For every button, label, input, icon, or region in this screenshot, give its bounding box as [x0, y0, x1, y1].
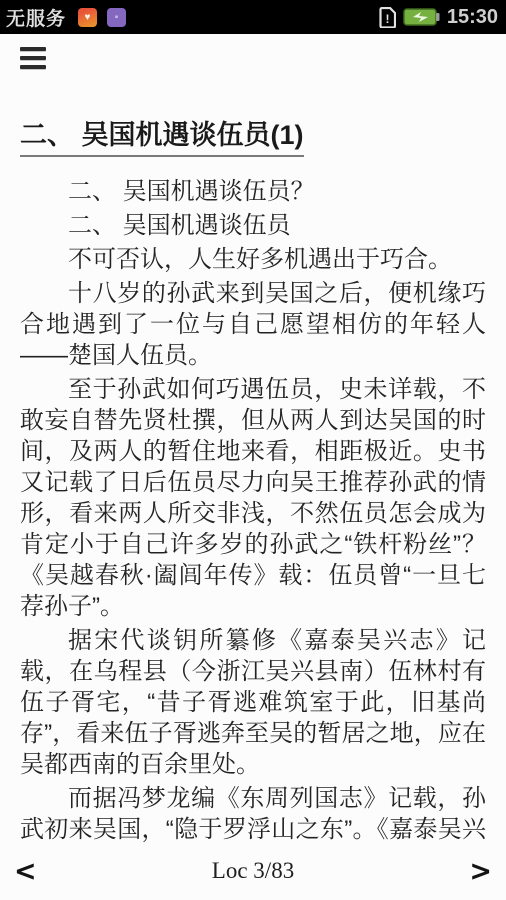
- reader-page: 二、 吴国机遇谈伍员(1) 二、 吴国机遇谈伍员？ 二、 吴国机遇谈伍员 不可否…: [0, 47, 506, 900]
- paragraph: 二、 吴国机遇谈伍员？: [20, 176, 486, 207]
- menu-button[interactable]: [20, 47, 48, 69]
- svg-text:!: !: [385, 12, 389, 26]
- paragraph: 二、 吴国机遇谈伍员: [20, 210, 486, 241]
- previous-page-button[interactable]: <: [14, 857, 37, 885]
- orange-app-notification-icon: ♥: [78, 8, 97, 27]
- notification-icons: ♥ ▪: [78, 8, 126, 27]
- reader-footer: < Loc 3/83 >: [0, 842, 506, 900]
- status-bar: 无服务 ♥ ▪ ! 15:30: [0, 0, 506, 34]
- location-indicator: Loc 3/83: [212, 858, 294, 884]
- status-bar-right: ! 15:30: [379, 6, 498, 29]
- book-text: 二、 吴国机遇谈伍员？ 二、 吴国机遇谈伍员 不可否认，人生好多机遇出于巧合。 …: [20, 176, 486, 900]
- no-sim-icon: !: [379, 7, 396, 28]
- chapter-title: 二、 吴国机遇谈伍员(1): [20, 119, 304, 157]
- battery-charging-icon: [403, 8, 440, 26]
- paragraph: 不可否认，人生好多机遇出于巧合。: [20, 244, 486, 275]
- paragraph: 十八岁的孙武来到吴国之后，便机缘巧合地遇到了一位与自己愿望相仿的年轻人——楚国人…: [20, 278, 486, 371]
- next-page-button[interactable]: >: [469, 857, 492, 885]
- paragraph: 至于孙武如何巧遇伍员，史未详载，不敢妄自替先贤杜撰，但从两人到达吴国的时间，及两…: [20, 374, 486, 622]
- purple-app-notification-icon: ▪: [107, 8, 126, 27]
- hamburger-icon: [20, 47, 46, 51]
- carrier-label: 无服务: [6, 4, 66, 31]
- clock-label: 15:30: [447, 6, 498, 29]
- paragraph: 据宋代谈钥所纂修《嘉泰吴兴志》记载，在乌程县（今浙江吴兴县南）伍林村有伍子胥宅，…: [20, 625, 486, 780]
